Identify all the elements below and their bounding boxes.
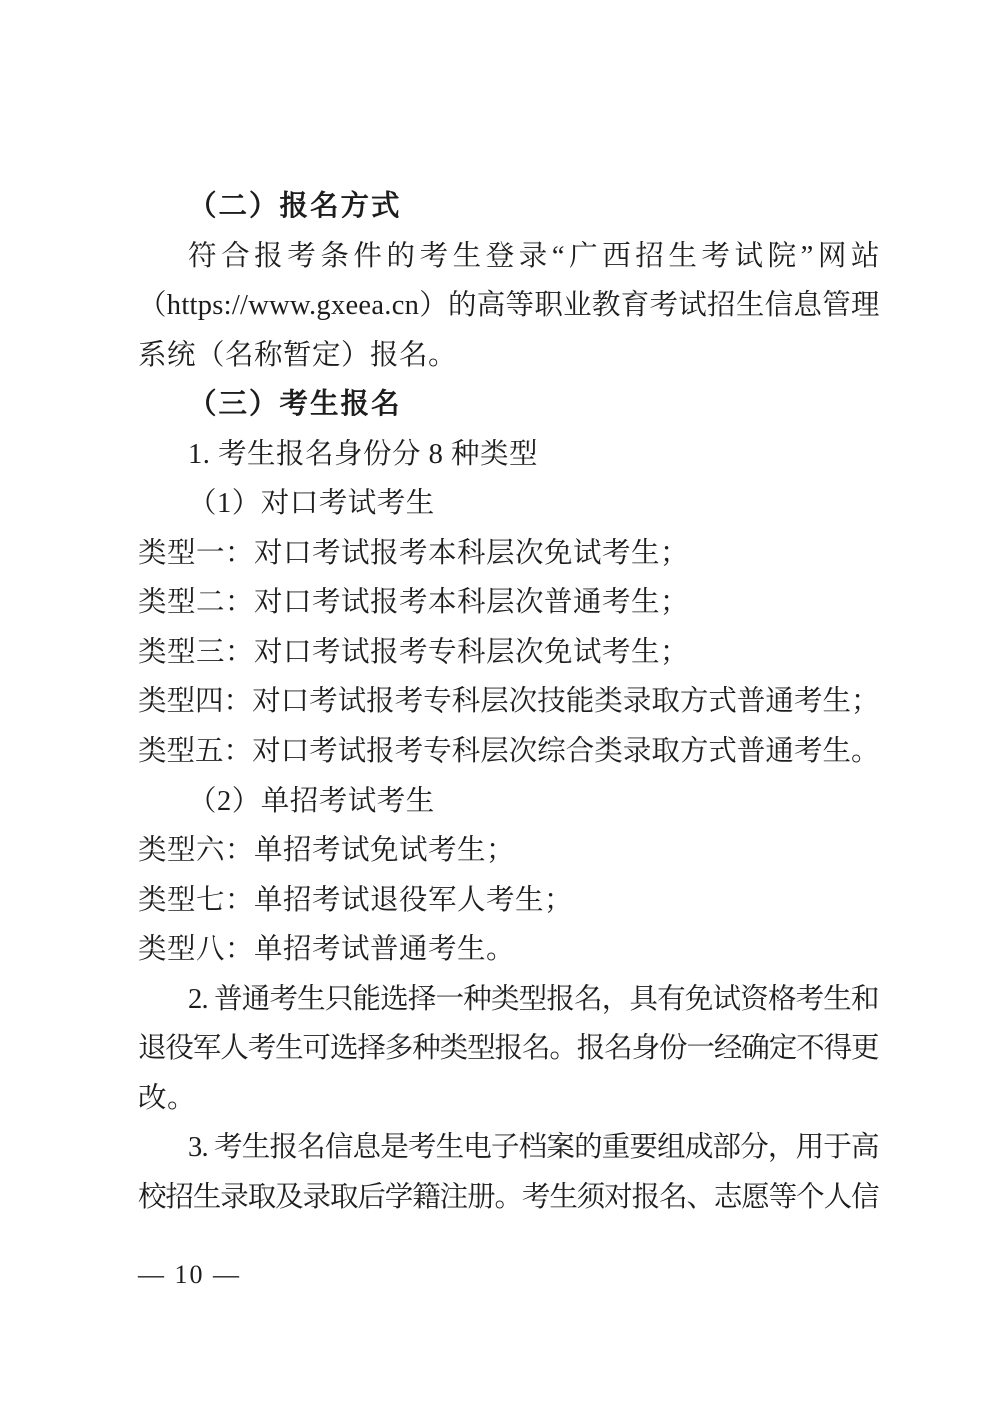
text-line: 类型五：对口考试报考专科层次综合类录取方式普通考生。 bbox=[138, 727, 880, 777]
text-line: 改。 bbox=[138, 1074, 880, 1124]
text-line: 2. 普通考生只能选择一种类型报名，具有免试资格考生和 bbox=[138, 975, 880, 1025]
text-line: （https://www.gxeea.cn）的高等职业教育考试招生信息管理 bbox=[138, 281, 880, 331]
text-line: （1）对口考试考生 bbox=[138, 479, 880, 529]
document-body: （二）报名方式符合报考条件的考生登录“广西招生考试院”网站（https://ww… bbox=[138, 182, 880, 1222]
text-line: 类型四：对口考试报考专科层次技能类录取方式普通考生； bbox=[138, 677, 880, 727]
text-line: 类型一：对口考试报考本科层次免试考生； bbox=[138, 529, 880, 579]
text-line: 类型三：对口考试报考专科层次免试考生； bbox=[138, 628, 880, 678]
text-line: 退役军人考生可选择多种类型报名。报名身份一经确定不得更 bbox=[138, 1024, 880, 1074]
text-line: 3. 考生报名信息是考生电子档案的重要组成部分，用于高 bbox=[138, 1123, 880, 1173]
page-number: — 10 — bbox=[138, 1260, 241, 1290]
text-line: 类型八：单招考试普通考生。 bbox=[138, 925, 880, 975]
text-line: 符合报考条件的考生登录“广西招生考试院”网站 bbox=[138, 232, 880, 282]
text-line: （2）单招考试考生 bbox=[138, 777, 880, 827]
text-line: （三）考生报名 bbox=[138, 380, 880, 430]
document-page: （二）报名方式符合报考条件的考生登录“广西招生考试院”网站（https://ww… bbox=[0, 0, 1000, 1421]
text-line: 1. 考生报名身份分 8 种类型 bbox=[138, 430, 880, 480]
text-line: （二）报名方式 bbox=[138, 182, 880, 232]
text-line: 校招生录取及录取后学籍注册。考生须对报名、志愿等个人信 bbox=[138, 1173, 880, 1223]
text-line: 类型七：单招考试退役军人考生； bbox=[138, 876, 880, 926]
text-line: 类型二：对口考试报考本科层次普通考生； bbox=[138, 578, 880, 628]
text-line: 类型六：单招考试免试考生； bbox=[138, 826, 880, 876]
text-line: 系统（名称暂定）报名。 bbox=[138, 331, 880, 381]
